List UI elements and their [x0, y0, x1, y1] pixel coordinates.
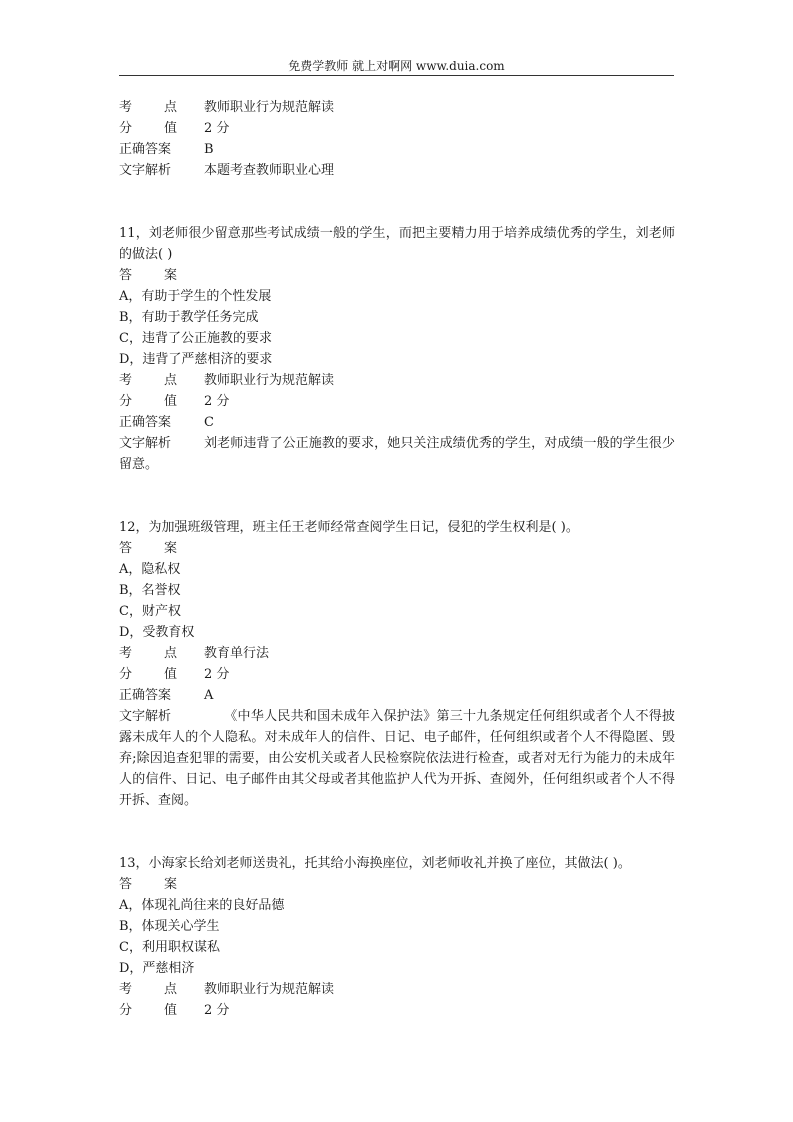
option-b: B，体现关心学生 [119, 916, 675, 937]
correct-answer-value: A [204, 685, 675, 706]
header-divider [119, 75, 674, 76]
analysis-value: 本题考查教师职业心理 [204, 160, 675, 181]
analysis-label: 文字解析 [119, 706, 204, 727]
kaodian-label: 考点 [119, 370, 177, 391]
option-b: B，有助于教学任务完成 [119, 307, 675, 328]
option-a: A，有助于学生的个性发展 [119, 286, 675, 307]
option-c: C，利用职权谋私 [119, 937, 675, 958]
option-c: C，违背了公正施教的要求 [119, 328, 675, 349]
kaodian-row: 考点 教育单行法 [119, 643, 675, 664]
answer-header-row: 答案 [119, 538, 675, 559]
kaodian-value: 教师职业行为规范解读 [204, 979, 675, 1000]
answer-label: 答案 [119, 874, 177, 895]
label-char: 值 [164, 391, 177, 412]
label-char: 答 [119, 538, 132, 559]
label-char: 点 [164, 97, 177, 118]
fenzhi-row: 分值 2 分 [119, 391, 675, 412]
label-char: 分 [119, 391, 132, 412]
kaodian-row: 考点 教师职业行为规范解读 [119, 97, 675, 118]
question-10-tail: 考点 教师职业行为规范解读 分值 2 分 正确答案 B 文字解析 本题考查教师职… [119, 97, 675, 181]
fenzhi-row: 分值 2 分 [119, 1000, 675, 1021]
correct-answer-row: 正确答案 A [119, 685, 675, 706]
kaodian-value: 教师职业行为规范解读 [204, 97, 675, 118]
answer-header-row: 答案 [119, 874, 675, 895]
kaodian-value: 教育单行法 [204, 643, 675, 664]
fenzhi-label: 分值 [119, 1000, 177, 1021]
correct-answer-label: 正确答案 [119, 139, 204, 160]
question-12: 12，为加强班级管理，班主任王老师经常查阅学生日记，侵犯的学生权利是( )。 答… [119, 517, 675, 811]
correct-answer-value: B [204, 139, 675, 160]
label-char: 考 [119, 97, 132, 118]
spacer [119, 811, 675, 853]
label-char: 值 [164, 664, 177, 685]
label-char: 值 [164, 118, 177, 139]
label-char: 分 [119, 664, 132, 685]
correct-answer-label: 正确答案 [119, 685, 204, 706]
answer-header-row: 答案 [119, 265, 675, 286]
label-char: 答 [119, 874, 132, 895]
fenzhi-label: 分值 [119, 118, 177, 139]
spacer [119, 181, 675, 223]
option-d: D，严慈相济 [119, 958, 675, 979]
fenzhi-row: 分值 2 分 [119, 664, 675, 685]
label-char: 答 [119, 265, 132, 286]
question-stem: 11，刘老师很少留意那些考试成绩一般的学生，而把主要精力用于培养成绩优秀的学生，… [119, 223, 675, 265]
question-13: 13，小海家长给刘老师送贵礼，托其给小海换座位，刘老师收礼并换了座位，其做法( … [119, 853, 675, 1021]
kaodian-label: 考点 [119, 979, 177, 1000]
analysis-label: 文字解析 [119, 160, 204, 181]
answer-label: 答案 [119, 538, 177, 559]
label-char: 考 [119, 370, 132, 391]
option-b: B，名誉权 [119, 580, 675, 601]
label-char: 分 [119, 1000, 132, 1021]
fenzhi-label: 分值 [119, 664, 177, 685]
label-char: 值 [164, 1000, 177, 1021]
correct-answer-label: 正确答案 [119, 412, 204, 433]
label-char: 分 [119, 118, 132, 139]
label-char: 点 [164, 979, 177, 1000]
analysis-label: 文字解析 [119, 433, 204, 454]
label-char: 案 [164, 874, 177, 895]
option-a: A，体现礼尚往来的良好品德 [119, 895, 675, 916]
label-char: 案 [164, 265, 177, 286]
option-a: A，隐私权 [119, 559, 675, 580]
option-c: C，财产权 [119, 601, 675, 622]
question-stem: 12，为加强班级管理，班主任王老师经常查阅学生日记，侵犯的学生权利是( )。 [119, 517, 675, 538]
fenzhi-value: 2 分 [204, 1000, 675, 1021]
question-stem: 13，小海家长给刘老师送贵礼，托其给小海换座位，刘老师收礼并换了座位，其做法( … [119, 853, 675, 874]
question-11: 11，刘老师很少留意那些考试成绩一般的学生，而把主要精力用于培养成绩优秀的学生，… [119, 223, 675, 475]
answer-label: 答案 [119, 265, 177, 286]
label-char: 考 [119, 979, 132, 1000]
correct-answer-row: 正确答案 C [119, 412, 675, 433]
fenzhi-value: 2 分 [204, 391, 675, 412]
option-d: D，违背了严慈相济的要求 [119, 349, 675, 370]
label-char: 考 [119, 643, 132, 664]
spacer [119, 475, 675, 517]
analysis-row: 文字解析 本题考查教师职业心理 [119, 160, 675, 181]
analysis-paragraph: 文字解析刘老师违背了公正施教的要求，她只关注成绩优秀的学生，对成绩一般的学生很少… [119, 433, 675, 475]
label-char: 点 [164, 643, 177, 664]
kaodian-value: 教师职业行为规范解读 [204, 370, 675, 391]
kaodian-label: 考点 [119, 97, 177, 118]
page-header: 免费学教师 就上对啊网 www.duia.com [120, 58, 673, 74]
fenzhi-row: 分值 2 分 [119, 118, 675, 139]
fenzhi-value: 2 分 [204, 118, 675, 139]
kaodian-label: 考点 [119, 643, 177, 664]
correct-answer-row: 正确答案 B [119, 139, 675, 160]
fenzhi-label: 分值 [119, 391, 177, 412]
option-d: D，受教育权 [119, 622, 675, 643]
correct-answer-value: C [204, 412, 675, 433]
kaodian-row: 考点 教师职业行为规范解读 [119, 979, 675, 1000]
kaodian-row: 考点 教师职业行为规范解读 [119, 370, 675, 391]
fenzhi-value: 2 分 [204, 664, 675, 685]
label-char: 点 [164, 370, 177, 391]
label-char: 案 [164, 538, 177, 559]
document-body: 考点 教师职业行为规范解读 分值 2 分 正确答案 B 文字解析 本题考查教师职… [119, 97, 675, 1021]
analysis-paragraph: 文字解析 《中华人民共和国未成年入保护法》第三十九条规定任何组织或者个人不得披露… [119, 706, 675, 811]
